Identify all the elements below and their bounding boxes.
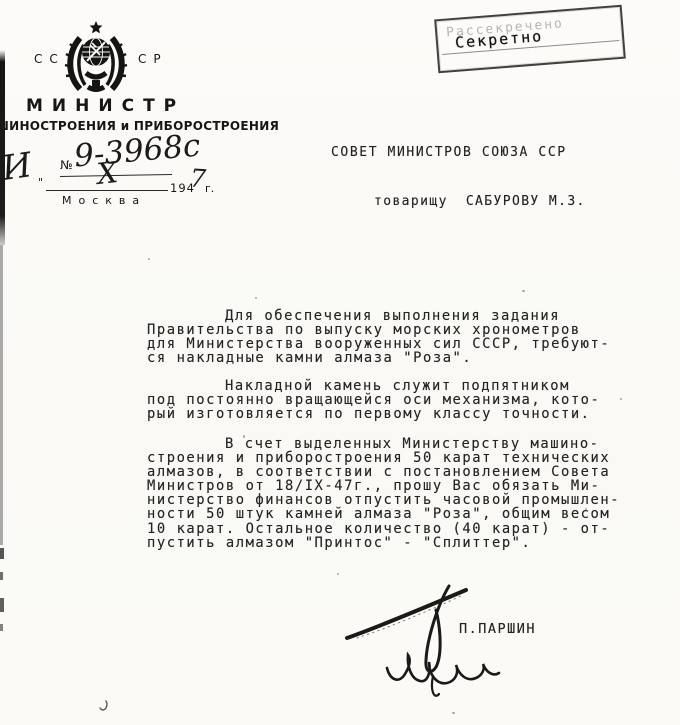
body-line: 10 карат. Остальное количество (40 карат… bbox=[147, 522, 659, 536]
scan-edge-dash bbox=[0, 548, 4, 559]
handwritten-signature bbox=[333, 578, 573, 718]
body-line: Министров от 18/IX-47г., прошу Вас обяза… bbox=[147, 479, 659, 493]
body-line: строения и приборостроения 50 карат техн… bbox=[147, 451, 659, 465]
body-line: Правительства по выпуску морских хрономе… bbox=[147, 323, 659, 337]
paper-speck bbox=[337, 573, 339, 575]
body-line: под постоянно вращающейся оси механизма,… bbox=[147, 393, 659, 407]
body-line: ности 50 штук камней алмаза "Роза", общи… bbox=[147, 507, 659, 521]
emblem-abbr-right: СР bbox=[138, 52, 168, 66]
scan-mark-squiggle bbox=[98, 698, 112, 714]
body-line: для Министерства вооруженных сил СССР, т… bbox=[147, 337, 659, 351]
paper-speck bbox=[585, 508, 587, 510]
body-line: ся накладные камни алмаза "Роза". bbox=[147, 351, 659, 365]
scan-edge-dash bbox=[0, 624, 3, 631]
body-line: Накладной камень служит подпятником bbox=[147, 379, 659, 393]
scan-edge-shadow bbox=[0, 50, 5, 245]
body-line: пустить алмазом "Принтос" - "Сплиттер". bbox=[147, 536, 659, 550]
scanned-letter-page: Рассекречено Секретно СС СР МИНИСТР ШИНО… bbox=[0, 0, 680, 725]
handwritten-document-number: 9-3968с bbox=[73, 128, 202, 175]
emblem-abbr-left: СС bbox=[34, 52, 65, 66]
ussr-coat-of-arms-icon bbox=[57, 20, 135, 96]
city-label: Москва bbox=[62, 194, 146, 207]
paper-speck bbox=[148, 258, 150, 260]
letterhead-minister-title: МИНИСТР bbox=[26, 96, 185, 116]
body-line: рый изготовляется по первому классу точн… bbox=[147, 407, 659, 421]
paragraph-1: Для обеспечения выполнения задания Прави… bbox=[147, 309, 659, 365]
scan-edge-shadow-lower bbox=[0, 245, 3, 545]
paragraph-2: Накладной камень служит подпятником под … bbox=[147, 379, 659, 421]
handwritten-day-mark: И bbox=[0, 145, 34, 189]
paper-speck bbox=[255, 297, 257, 299]
recipient-name: САБУРОВУ М.З. bbox=[466, 194, 586, 209]
body-line: алмазов, в соответствии с постановлением… bbox=[147, 465, 659, 479]
date-underline bbox=[46, 190, 168, 191]
scan-edge-dash bbox=[0, 598, 4, 612]
secrecy-stamp: Рассекречено Секретно bbox=[434, 5, 626, 74]
paper-speck bbox=[243, 435, 245, 438]
recipient-organization: СОВЕТ МИНИСТРОВ СОЮЗА ССР bbox=[331, 145, 567, 160]
signature-typed-name: П.ПАРШИН bbox=[459, 621, 536, 637]
recipient-line: товарищуСАБУРОВУ М.З. bbox=[374, 194, 586, 209]
paragraph-3: В счет выделенных Министерству машино- с… bbox=[147, 437, 659, 550]
scan-edge-dash bbox=[0, 572, 3, 580]
year-suffix: г. bbox=[205, 182, 214, 195]
paper-speck bbox=[452, 712, 455, 714]
number-label: № bbox=[60, 158, 72, 172]
letterhead-ministry-title: ШИНОСТРОЕНИЯ и ПРИБОРОСТРОЕНИЯ bbox=[0, 119, 279, 133]
body-line: В счет выделенных Министерству машино- bbox=[147, 437, 659, 451]
recipient-to-label: товарищу bbox=[374, 194, 448, 209]
date-quote-mark: " bbox=[38, 176, 43, 189]
paper-speck bbox=[620, 398, 622, 400]
body-line: Для обеспечения выполнения задания bbox=[147, 309, 659, 323]
body-line: нистерство финансов отпустить часовой пр… bbox=[147, 493, 659, 507]
handwritten-month-mark: X bbox=[95, 155, 119, 191]
paper-speck bbox=[522, 290, 525, 292]
